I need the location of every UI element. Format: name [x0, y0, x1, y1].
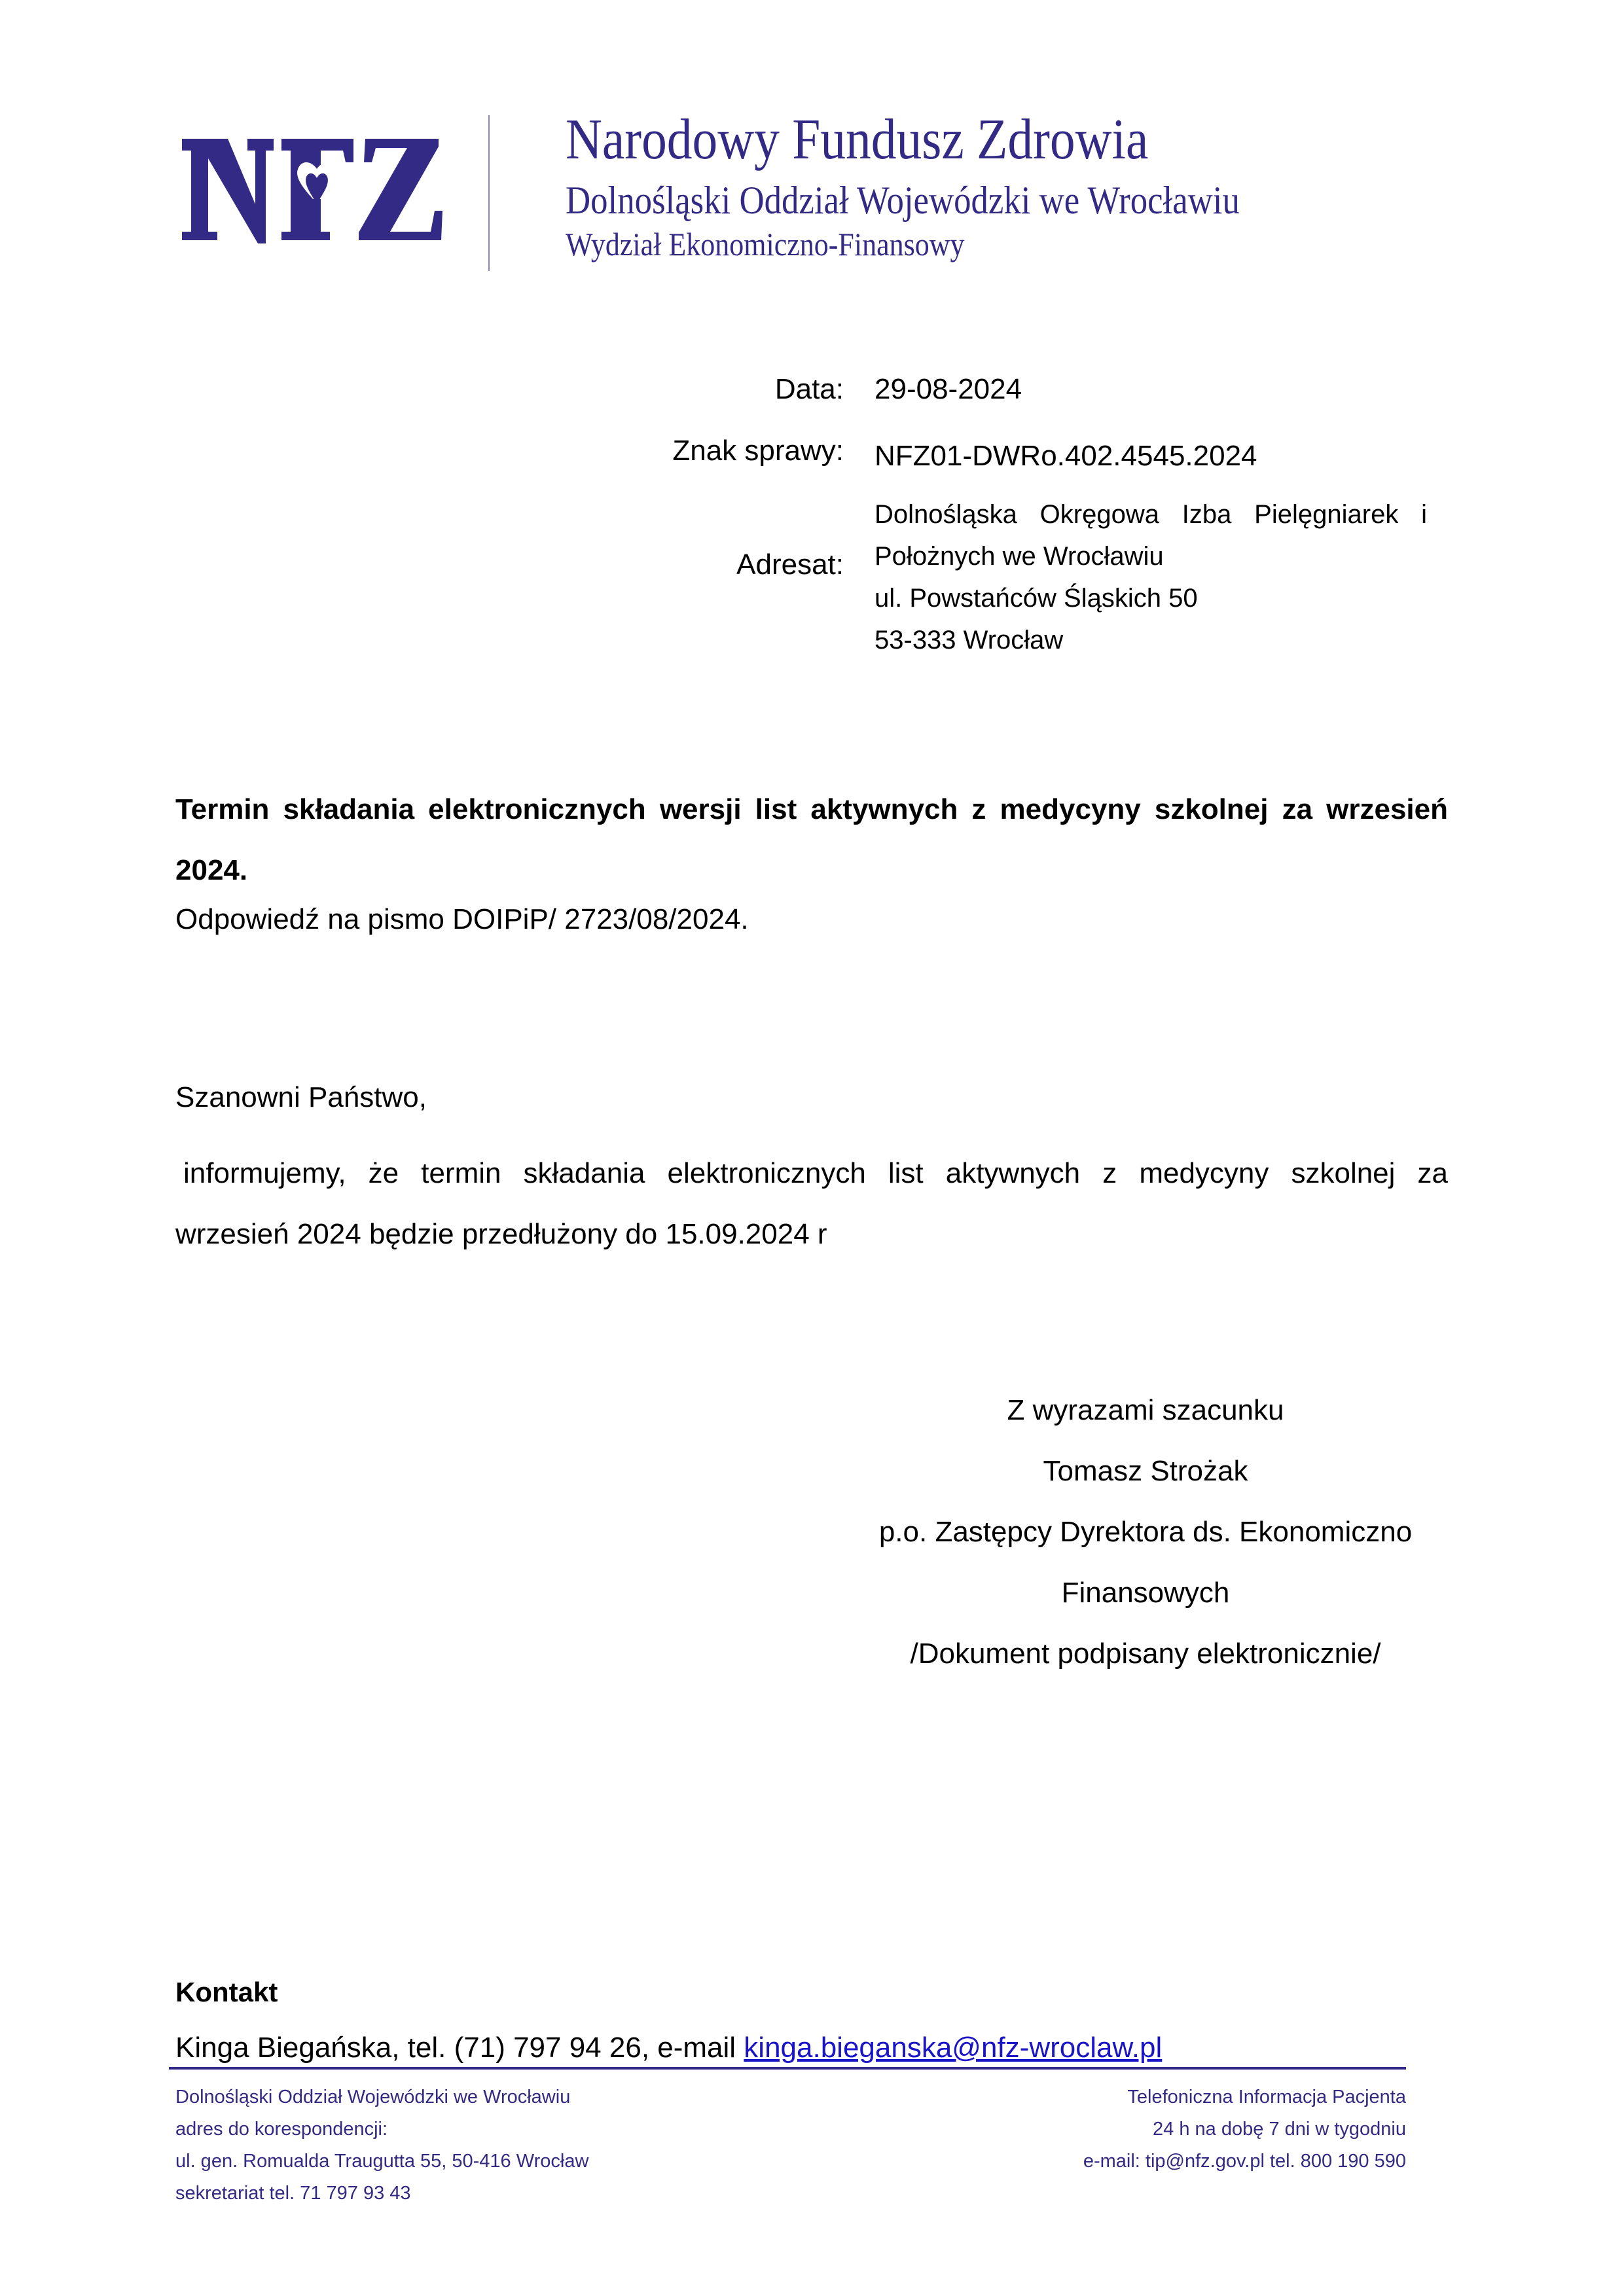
case-number-label: Znak sprawy:: [672, 435, 844, 467]
paragraph-line: wrzesień 2024 będzie przedłużony do 15.0…: [175, 1204, 1448, 1265]
subject-line: Termin składania elektronicznych wersji …: [175, 779, 1448, 840]
reply-reference: Odpowiedź na pismo DOIPiP/ 2723/08/2024.: [175, 903, 749, 936]
footer-line: sekretariat tel. 71 797 93 43: [175, 2178, 588, 2210]
addressee-block: Dolnośląska Okręgowa Izba Pielęgniarek i…: [875, 493, 1427, 661]
department-name: Wydział Ekonomiczno-Finansowy: [566, 228, 1240, 260]
footer-line: adres do korespondencji:: [175, 2113, 588, 2145]
letterhead-text: Narodowy Fundusz Zdrowia Dolnośląski Odd…: [566, 111, 1331, 260]
signature-block: Z wyrazami szacunku Tomasz Strożak p.o. …: [851, 1380, 1440, 1684]
letterhead-divider: [488, 115, 490, 271]
letter-paragraph: informujemy, że termin składania elektro…: [175, 1143, 1448, 1265]
subject-line: 2024.: [175, 840, 1448, 901]
date-value: 29-08-2024: [875, 373, 1022, 406]
branch-name: Dolnośląski Oddział Wojewódzki we Wrocła…: [566, 181, 1240, 220]
footer-line: e-mail: tip@nfz.gov.pl tel. 800 190 590: [1083, 2145, 1406, 2178]
signatory-position: p.o. Zastępcy Dyrektora ds. Ekonomiczno: [851, 1501, 1440, 1562]
e-signature-note: /Dokument podpisany elektronicznie/: [851, 1623, 1440, 1684]
addressee-line: ul. Powstańców Śląskich 50: [875, 577, 1427, 619]
contact-person: Kinga Biegańska, tel. (71) 797 94 26, e-…: [175, 2032, 744, 2064]
letter-subject: Termin składania elektronicznych wersji …: [175, 779, 1448, 901]
footer-address: Dolnośląski Oddział Wojewódzki we Wrocła…: [175, 2081, 588, 2210]
footer-line: ul. gen. Romualda Traugutta 55, 50-416 W…: [175, 2145, 588, 2178]
date-label: Data:: [775, 373, 844, 406]
closing-phrase: Z wyrazami szacunku: [851, 1380, 1440, 1441]
case-number-value: NFZ01-DWRo.402.4545.2024: [875, 440, 1257, 473]
footer-line: Telefoniczna Informacja Pacjenta: [1083, 2081, 1406, 2113]
footer-rule: [169, 2067, 1406, 2070]
institution-name: Narodowy Fundusz Zdrowia: [566, 111, 1240, 169]
nfz-logo: [182, 139, 444, 243]
nfz-heart-logo-icon: [182, 139, 444, 243]
footer-patient-info: Telefoniczna Informacja Pacjenta 24 h na…: [1083, 2081, 1406, 2178]
contact-line: Kinga Biegańska, tel. (71) 797 94 26, e-…: [175, 2032, 1162, 2064]
contact-email-link[interactable]: kinga.bieganska@nfz-wroclaw.pl: [744, 2032, 1162, 2064]
addressee-label: Adresat:: [736, 548, 844, 581]
salutation: Szanowni Państwo,: [175, 1081, 427, 1114]
footer-line: 24 h na dobę 7 dni w tygodniu: [1083, 2113, 1406, 2145]
signatory-name: Tomasz Strożak: [851, 1441, 1440, 1501]
signatory-position-cont: Finansowych: [851, 1562, 1440, 1623]
footer-line: Dolnośląski Oddział Wojewódzki we Wrocła…: [175, 2081, 588, 2113]
paragraph-line: informujemy, że termin składania elektro…: [175, 1143, 1448, 1204]
contact-heading: Kontakt: [175, 1977, 278, 2008]
addressee-line: 53-333 Wrocław: [875, 619, 1427, 661]
addressee-line: Położnych we Wrocławiu: [875, 535, 1427, 577]
addressee-line: Dolnośląska Okręgowa Izba Pielęgniarek i: [875, 493, 1427, 535]
